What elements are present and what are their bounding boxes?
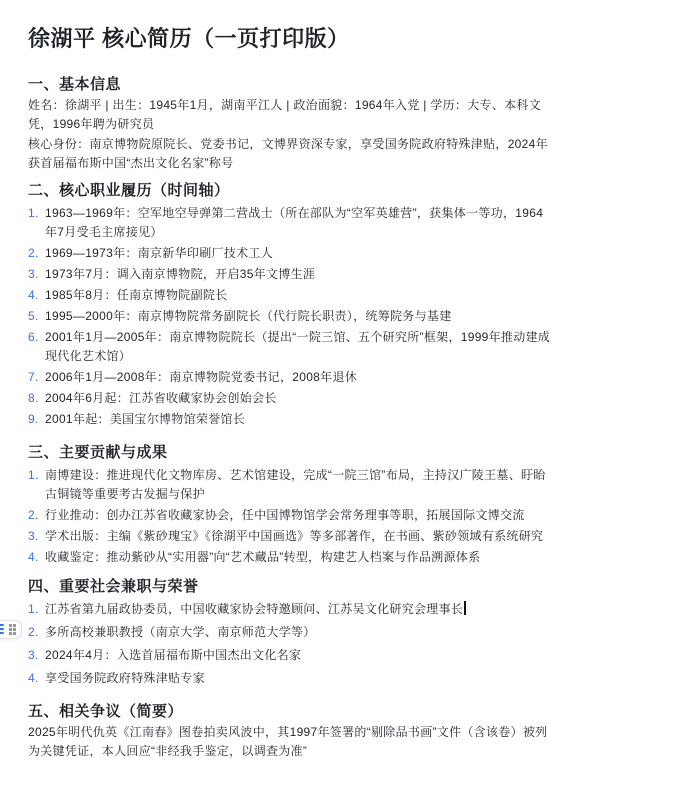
- list-item-text: 2001年1月—2005年：南京博物院院长（提出“一院三馆、五个研究所”框架，1…: [45, 328, 552, 366]
- list-item-text: 多所高校兼职教授（南京大学、南京师范大学等）: [45, 623, 552, 642]
- section-heading-controversy[interactable]: 五、相关争议（简要）: [28, 701, 552, 723]
- block-handle[interactable]: [0, 620, 22, 639]
- section-heading-contributions[interactable]: 三、主要贡献与成果: [28, 442, 552, 464]
- list-item-number: 5.: [28, 307, 45, 326]
- list-item-number: 2.: [28, 244, 45, 263]
- list-item[interactable]: 9. 2001年起：美国宝尔博物馆荣誉馆长: [28, 410, 552, 429]
- list-item-number: 1.: [28, 466, 45, 485]
- list-item-text: 南博建设：推进现代化文物库房、艺术馆建设，完成“一院三馆”布局，主持汉广陵王墓、…: [45, 466, 552, 504]
- list-item-text: 2006年1月—2008年：南京博物院党委书记，2008年退休: [45, 368, 552, 387]
- page-title[interactable]: 徐湖平 核心简历（一页打印版）: [28, 26, 552, 52]
- list-item-number: 3.: [28, 646, 45, 665]
- section-heading-career[interactable]: 二、核心职业履历（时间轴）: [28, 180, 552, 202]
- list-item[interactable]: 4. 享受国务院政府特殊津贴专家: [28, 669, 552, 688]
- list-item-text: 收藏鉴定：推动紫砂从“实用器”向“艺术藏品”转型，构建艺人档案与作品溯源体系: [45, 548, 552, 567]
- ordered-list-roles-honors: 1. 江苏省第九届政协委员，中国收藏家协会特邀顾问、江苏吴文化研究会理事长 2.…: [28, 600, 552, 688]
- list-item-number: 4.: [28, 286, 45, 305]
- list-item-text: 2004年6月起：江苏省收藏家协会创始会长: [45, 389, 552, 408]
- list-item[interactable]: 7. 2006年1月—2008年：南京博物院党委书记，2008年退休: [28, 368, 552, 387]
- list-item-number: 1.: [28, 600, 45, 619]
- list-item-text: 1963—1969年：空军地空导弹第二营战士（所在部队为“空军英雄营”，获集体一…: [45, 204, 552, 242]
- list-item[interactable]: 2. 行业推动：创办江苏省收藏家协会，任中国博物馆学会常务理事等职，拓展国际文博…: [28, 506, 552, 525]
- list-item[interactable]: 2. 1969—1973年：南京新华印刷厂技术工人: [28, 244, 552, 263]
- list-item-number: 3.: [28, 265, 45, 284]
- list-item[interactable]: 1. 南博建设：推进现代化文物库房、艺术馆建设，完成“一院三馆”布局，主持汉广陵…: [28, 466, 552, 504]
- list-item-text: 1969—1973年：南京新华印刷厂技术工人: [45, 244, 552, 263]
- paragraph-basic-info-2[interactable]: 核心身份：南京博物院原院长、党委书记，文博界资深专家，享受国务院政府特殊津贴，2…: [28, 135, 552, 173]
- list-item-text: 学术出版：主编《紫砂瑰宝》《徐湖平中国画选》等多部著作，在书画、紫砂领域有系统研…: [45, 527, 552, 546]
- document-canvas[interactable]: 徐湖平 核心简历（一页打印版） 一、基本信息 姓名：徐湖平 | 出生：1945年…: [0, 0, 690, 789]
- section-heading-roles-honors[interactable]: 四、重要社会兼职与荣誉: [28, 576, 552, 598]
- paragraph-controversy[interactable]: 2025年明代仇英《江南春》图卷拍卖风波中，其1997年签署的“剔除品书画”文件…: [28, 723, 552, 761]
- list-item[interactable]: 1. 江苏省第九届政协委员，中国收藏家协会特邀顾问、江苏吴文化研究会理事长: [28, 600, 552, 619]
- drag-handle-icon[interactable]: [9, 624, 16, 635]
- list-item-number: 4.: [28, 669, 45, 688]
- list-item-number: 7.: [28, 368, 45, 387]
- list-item[interactable]: 6. 2001年1月—2005年：南京博物院院长（提出“一院三馆、五个研究所”框…: [28, 328, 552, 366]
- list-item-number: 6.: [28, 328, 45, 347]
- list-item-number: 4.: [28, 548, 45, 567]
- list-item-text: 1995—2000年：南京博物院常务副院长（代行院长职责），统筹院务与基建: [45, 307, 552, 326]
- text-cursor: [464, 601, 466, 615]
- list-item[interactable]: 1. 1963—1969年：空军地空导弹第二营战士（所在部队为“空军英雄营”，获…: [28, 204, 552, 242]
- list-item[interactable]: 2. 多所高校兼职教授（南京大学、南京师范大学等）: [28, 623, 552, 642]
- list-item-text: 2001年起：美国宝尔博物馆荣誉馆长: [45, 410, 552, 429]
- list-item-number: 2.: [28, 623, 45, 642]
- list-item[interactable]: 4. 1985年8月：任南京博物院副院长: [28, 286, 552, 305]
- list-item-text: 江苏省第九届政协委员，中国收藏家协会特邀顾问、江苏吴文化研究会理事长: [45, 602, 463, 616]
- list-item[interactable]: 5. 1995—2000年：南京博物院常务副院长（代行院长职责），统筹院务与基建: [28, 307, 552, 326]
- list-item[interactable]: 3. 2024年4月：入选首届福布斯中国杰出文化名家: [28, 646, 552, 665]
- list-item-text: 1973年7月：调入南京博物院，开启35年文博生涯: [45, 265, 552, 284]
- ordered-list-contributions: 1. 南博建设：推进现代化文物库房、艺术馆建设，完成“一院三馆”布局，主持汉广陵…: [28, 466, 552, 567]
- list-item-text: 行业推动：创办江苏省收藏家协会，任中国博物馆学会常务理事等职，拓展国际文博交流: [45, 506, 552, 525]
- ordered-list-career: 1. 1963—1969年：空军地空导弹第二营战士（所在部队为“空军英雄营”，获…: [28, 204, 552, 429]
- document-content: 徐湖平 核心简历（一页打印版） 一、基本信息 姓名：徐湖平 | 出生：1945年…: [28, 26, 552, 761]
- list-item-number: 1.: [28, 204, 45, 223]
- list-item[interactable]: 3. 学术出版：主编《紫砂瑰宝》《徐湖平中国画选》等多部著作，在书画、紫砂领域有…: [28, 527, 552, 546]
- list-item-number: 2.: [28, 506, 45, 525]
- ordered-list-icon[interactable]: [0, 624, 4, 634]
- list-item-number: 9.: [28, 410, 45, 429]
- list-item-text: 享受国务院政府特殊津贴专家: [45, 669, 552, 688]
- list-item-text: 1985年8月：任南京博物院副院长: [45, 286, 552, 305]
- section-heading-basic-info[interactable]: 一、基本信息: [28, 74, 552, 96]
- list-item-number: 3.: [28, 527, 45, 546]
- paragraph-basic-info-1[interactable]: 姓名：徐湖平 | 出生：1945年1月，湖南平江人 | 政治面貌：1964年入党…: [28, 96, 552, 134]
- list-item-text: 2024年4月：入选首届福布斯中国杰出文化名家: [45, 646, 552, 665]
- list-item[interactable]: 4. 收藏鉴定：推动紫砂从“实用器”向“艺术藏品”转型，构建艺人档案与作品溯源体…: [28, 548, 552, 567]
- list-item[interactable]: 8. 2004年6月起：江苏省收藏家协会创始会长: [28, 389, 552, 408]
- list-item-number: 8.: [28, 389, 45, 408]
- list-item[interactable]: 3. 1973年7月：调入南京博物院，开启35年文博生涯: [28, 265, 552, 284]
